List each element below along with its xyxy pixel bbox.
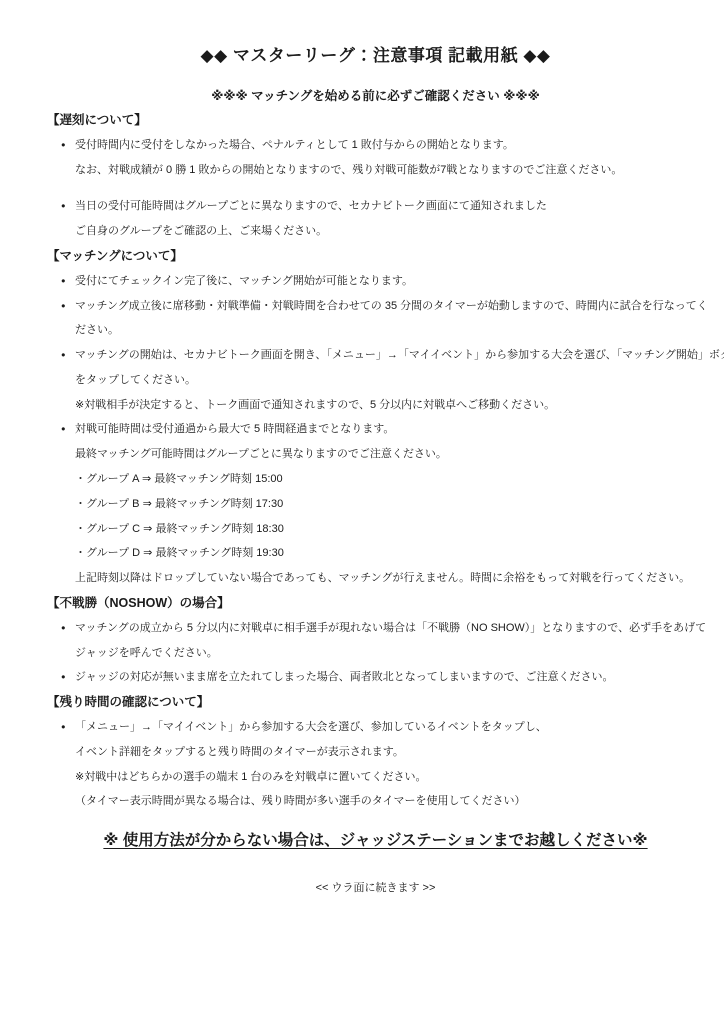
bullet-icon: ● bbox=[61, 616, 66, 641]
text-line: ●マッチングの成立から 5 分以内に対戦卓に相手選手が現れない場合は「不戦勝（N… bbox=[47, 616, 704, 641]
text-line: なお、対戦成績が 0 勝 1 敗からの開始となりますので、残り対戦可能数が7戦と… bbox=[47, 158, 704, 183]
bullet-icon: ● bbox=[61, 343, 66, 368]
text-line: ●当日の受付可能時間はグループごとに異なりますので、セカナビトーク画面にて通知さ… bbox=[47, 194, 704, 219]
section: 【不戦勝（NOSHOW）の場合】●マッチングの成立から 5 分以内に対戦卓に相手… bbox=[47, 591, 704, 690]
list-item: ●対戦可能時間は受付通過から最大で 5 時間経過までとなります。最終マッチング可… bbox=[47, 417, 704, 591]
footer-notice: ※ 使用方法が分からない場合は、ジャッジステーションまでお越しください※ bbox=[47, 832, 704, 851]
text-line: ●ジャッジの対応が無いまま席を立たれてしまった場合、両者敗北となってしまいますの… bbox=[47, 665, 704, 690]
text-line-content: 当日の受付可能時間はグループごとに異なりますので、セカナビトーク画面にて通知され… bbox=[75, 200, 547, 212]
text-line: ジャッジを呼んでください。 bbox=[47, 641, 704, 666]
document-page: ◆◆ マスターリーグ：注意事項 記載用紙 ◆◆ ※※※ マッチングを始める前に必… bbox=[0, 0, 724, 1024]
text-line-content: 上記時刻以降はドロップしていない場合であっても、マッチングが行えません。時間に余… bbox=[75, 572, 690, 584]
section: 【マッチングについて】●受付にてチェックイン完了後に、マッチング開始が可能となり… bbox=[47, 244, 704, 591]
text-line: イベント詳細をタップすると残り時間のタイマーが表示されます。 bbox=[47, 740, 704, 765]
text-line-content: （タイマー表示時間が異なる場合は、残り時間が多い選手のタイマーを使用してください… bbox=[75, 795, 526, 807]
text-line-content: ご自身のグループをご確認の上、ご来場ください。 bbox=[75, 225, 327, 237]
list-item: ●マッチング成立後に席移動・対戦準備・対戦時間を合わせての 35 分間のタイマー… bbox=[47, 294, 704, 344]
section-heading: 【遅刻について】 bbox=[47, 108, 704, 133]
text-line: 上記時刻以降はドロップしていない場合であっても、マッチングが行えません。時間に余… bbox=[47, 566, 704, 591]
bullet-icon: ● bbox=[61, 417, 66, 442]
text-line-content: なお、対戦成績が 0 勝 1 敗からの開始となりますので、残り対戦可能数が7戦と… bbox=[75, 164, 622, 176]
bullet-icon: ● bbox=[61, 269, 66, 294]
text-line: ※対戦中はどちらかの選手の端末 1 台のみを対戦卓に置いてください。 bbox=[47, 765, 704, 790]
bullet-icon: ● bbox=[61, 665, 66, 690]
bullet-icon: ● bbox=[61, 715, 66, 740]
list-item: ●ジャッジの対応が無いまま席を立たれてしまった場合、両者敗北となってしまいますの… bbox=[47, 665, 704, 690]
text-line-content: ※対戦相手が決定すると、トーク画面で通知されますので、5 分以内に対戦卓へご移動… bbox=[75, 399, 555, 411]
text-line-content: 最終マッチング可能時間はグループごとに異なりますのでご注意ください。 bbox=[75, 448, 447, 460]
bullet-icon: ● bbox=[61, 294, 66, 319]
section-heading: 【残り時間の確認について】 bbox=[47, 690, 704, 715]
text-line-content: マッチングの開始は、セカナビトーク画面を開き、「メニュー」→「マイイベント」から… bbox=[75, 349, 724, 361]
text-line-content: 受付時間内に受付をしなかった場合、ペナルティとして 1 敗付与からの開始となりま… bbox=[75, 139, 514, 151]
text-line: ●マッチング成立後に席移動・対戦準備・対戦時間を合わせての 35 分間のタイマー… bbox=[47, 294, 704, 319]
text-line-content: ジャッジを呼んでください。 bbox=[75, 647, 218, 659]
list-item: ●受付時間内に受付をしなかった場合、ペナルティとして 1 敗付与からの開始となり… bbox=[47, 133, 704, 183]
section: 【残り時間の確認について】●「メニュー」→「マイイベント」から参加する大会を選び… bbox=[47, 690, 704, 814]
text-line-content: 受付にてチェックイン完了後に、マッチング開始が可能となります。 bbox=[75, 275, 413, 287]
bullet-icon: ● bbox=[61, 133, 66, 158]
text-line-content: ださい。 bbox=[75, 324, 119, 336]
text-line-content: マッチング成立後に席移動・対戦準備・対戦時間を合わせての 35 分間のタイマーが… bbox=[75, 300, 708, 312]
text-line-content: をタップしてください。 bbox=[75, 374, 196, 386]
text-line: 最終マッチング可能時間はグループごとに異なりますのでご注意ください。 bbox=[47, 442, 704, 467]
text-line: ●受付にてチェックイン完了後に、マッチング開始が可能となります。 bbox=[47, 269, 704, 294]
text-line-content: マッチングの成立から 5 分以内に対戦卓に相手選手が現れない場合は「不戦勝（NO… bbox=[75, 622, 706, 634]
sections-container: 【遅刻について】●受付時間内に受付をしなかった場合、ペナルティとして 1 敗付与… bbox=[47, 108, 704, 814]
list-item: ●マッチングの開始は、セカナビトーク画面を開き、「メニュー」→「マイイベント」か… bbox=[47, 343, 704, 417]
text-line-content: ジャッジの対応が無いまま席を立たれてしまった場合、両者敗北となってしまいますので… bbox=[75, 671, 614, 683]
text-line: ご自身のグループをご確認の上、ご来場ください。 bbox=[47, 219, 704, 244]
continuation-note: << ウラ面に続きます >> bbox=[47, 882, 704, 895]
document-content: ◆◆ マスターリーグ：注意事項 記載用紙 ◆◆ ※※※ マッチングを始める前に必… bbox=[0, 0, 724, 895]
list-item: ●当日の受付可能時間はグループごとに異なりますので、セカナビトーク画面にて通知さ… bbox=[47, 194, 704, 244]
list-item: ●マッチングの成立から 5 分以内に対戦卓に相手選手が現れない場合は「不戦勝（N… bbox=[47, 616, 704, 666]
section-heading: 【不戦勝（NOSHOW）の場合】 bbox=[47, 591, 704, 616]
text-line: ・グループ B ⇒ 最終マッチング時刻 17:30 bbox=[47, 492, 704, 517]
text-line: ・グループ D ⇒ 最終マッチング時刻 19:30 bbox=[47, 541, 704, 566]
text-line-content: ・グループ B ⇒ 最終マッチング時刻 17:30 bbox=[75, 498, 283, 510]
list-item: ●「メニュー」→「マイイベント」から参加する大会を選び、参加しているイベントをタ… bbox=[47, 715, 704, 814]
section-heading: 【マッチングについて】 bbox=[47, 244, 704, 269]
text-line-content: ・グループ C ⇒ 最終マッチング時刻 18:30 bbox=[75, 523, 284, 535]
text-line-content: ・グループ D ⇒ 最終マッチング時刻 19:30 bbox=[75, 547, 284, 559]
text-line: ●対戦可能時間は受付通過から最大で 5 時間経過までとなります。 bbox=[47, 417, 704, 442]
text-line-content: ・グループ A ⇒ 最終マッチング時刻 15:00 bbox=[75, 473, 283, 485]
list-item: ●受付にてチェックイン完了後に、マッチング開始が可能となります。 bbox=[47, 269, 704, 294]
text-line: ・グループ C ⇒ 最終マッチング時刻 18:30 bbox=[47, 517, 704, 542]
text-line: ●「メニュー」→「マイイベント」から参加する大会を選び、参加しているイベントをタ… bbox=[47, 715, 704, 740]
text-line-content: ※対戦中はどちらかの選手の端末 1 台のみを対戦卓に置いてください。 bbox=[75, 771, 426, 783]
section: 【遅刻について】●受付時間内に受付をしなかった場合、ペナルティとして 1 敗付与… bbox=[47, 108, 704, 244]
text-line-content: 「メニュー」→「マイイベント」から参加する大会を選び、参加しているイベントをタッ… bbox=[75, 721, 547, 733]
text-line: ●受付時間内に受付をしなかった場合、ペナルティとして 1 敗付与からの開始となり… bbox=[47, 133, 704, 158]
page-subtitle: ※※※ マッチングを始める前に必ずご確認ください ※※※ bbox=[47, 89, 704, 103]
text-line: （タイマー表示時間が異なる場合は、残り時間が多い選手のタイマーを使用してください… bbox=[47, 789, 704, 814]
text-line-content: 対戦可能時間は受付通過から最大で 5 時間経過までとなります。 bbox=[75, 423, 394, 435]
text-line-content: イベント詳細をタップすると残り時間のタイマーが表示されます。 bbox=[75, 746, 404, 758]
text-line: ださい。 bbox=[47, 318, 704, 343]
bullet-icon: ● bbox=[61, 194, 66, 219]
page-title: ◆◆ マスターリーグ：注意事項 記載用紙 ◆◆ bbox=[47, 0, 704, 66]
text-line: ・グループ A ⇒ 最終マッチング時刻 15:00 bbox=[47, 467, 704, 492]
text-line: ※対戦相手が決定すると、トーク画面で通知されますので、5 分以内に対戦卓へご移動… bbox=[47, 393, 704, 418]
text-line: をタップしてください。 bbox=[47, 368, 704, 393]
text-line: ●マッチングの開始は、セカナビトーク画面を開き、「メニュー」→「マイイベント」か… bbox=[47, 343, 704, 368]
